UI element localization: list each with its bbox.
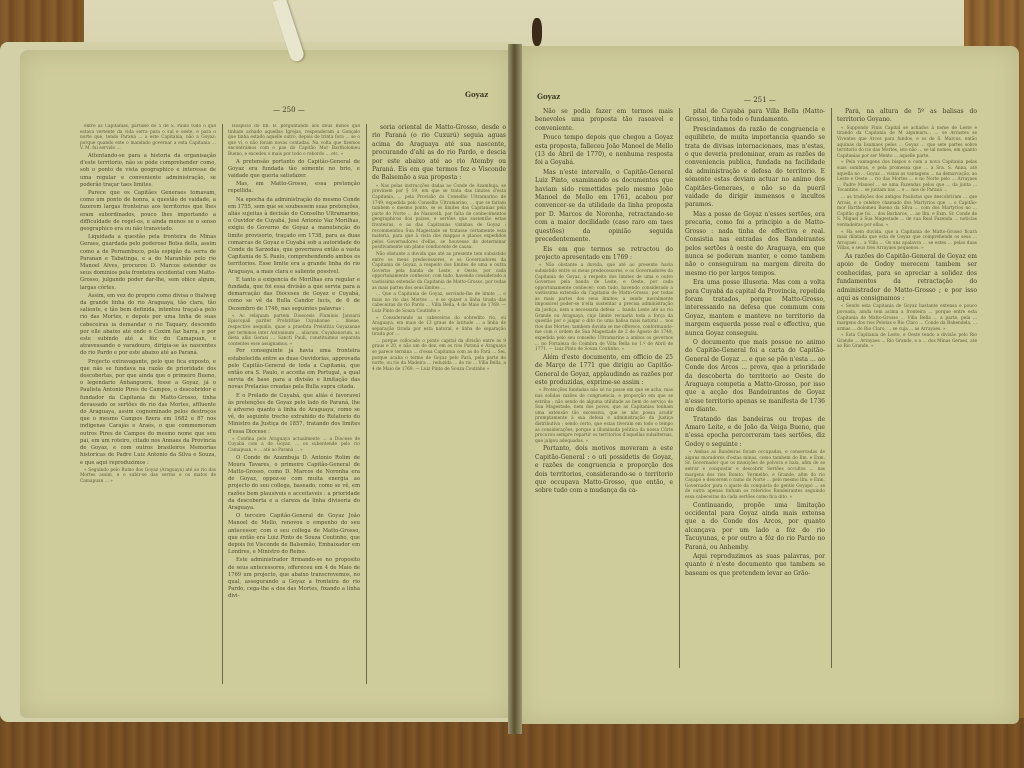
right-column-3: Pará, na altura de 5º as balisas do terr… [837,108,977,668]
quoted-passage: « Não obstante a duvida, que até ao pres… [535,263,673,353]
binding-debris [532,18,542,46]
body-paragraph: Aqui reproduzimos as suas palavras, por … [685,553,825,578]
quoted-passage: Hospicio do Ilh. B. perguntando aos dous… [228,124,360,158]
column-content: Hospicio do Ilh. B. perguntando aos dous… [228,124,360,601]
quoted-passage: « Ha sem duvida, que a Capitania de Matt… [837,230,977,252]
left-column-3: soria oriental de Matto-Grosso, desde o … [372,124,506,684]
body-paragraph: Tratando das bandeiras ou tropas de Amar… [685,416,825,450]
left-page-number: — 250 — [273,106,305,114]
column-content: Pará, na altura de 5º as balisas do terr… [837,108,977,350]
body-paragraph: Este administrador firmando-se no propos… [228,557,360,600]
right-page-number: — 251 — [744,96,776,104]
body-paragraph: Projecto extravagante, pelo que fica exp… [80,359,216,467]
body-paragraph: Assim, em vez do proprio como divisa o t… [80,293,216,358]
body-paragraph: Continuando, propõe uma limitação occide… [685,502,825,552]
body-paragraph: Além d'este documento, em officio de 25 … [535,354,673,388]
body-paragraph: Pará, na altura de 5º as balisas do terr… [837,108,977,125]
quoted-passage: « Protecções fundadas não só no posse em… [535,388,673,444]
column-divider [366,124,367,684]
body-paragraph: Parece que os Capitães Generaes tomavam,… [80,190,216,233]
column-divider [679,108,680,668]
body-paragraph: soria oriental de Matto-Grosso, desde o … [372,124,506,183]
body-paragraph: Mas, em Matto-Grosso, essa pretenção rep… [228,181,360,195]
quoted-passage: « Confina pelo Araguaya actualmente ... … [228,437,360,454]
column-divider [222,124,223,684]
quoted-passage: « Seguindo pelo Rumo dos Goyaz (Araguaya… [80,468,216,485]
body-paragraph: A pretensão portanto do Capitão-General … [228,159,360,181]
right-running-head: Goyaz [537,92,560,101]
quoted-passage: « Nas pelas instrucções dadas ao Conde d… [372,184,506,251]
left-column-2: Hospicio do Ilh. B. perguntando aos dous… [228,124,360,684]
column-divider [831,108,832,668]
body-paragraph: Liquidada a questão pela fronteira de Mi… [80,234,216,292]
quoted-passage: « Pela vantagens dos bispos e com a nova… [837,160,977,194]
body-paragraph: As razões do Capitão-General de Goyaz em… [837,253,977,303]
column-content: pital de Cuyabá para Villa Bella (Matto-… [685,108,825,578]
quoted-passage: « Ambas as Bandeiras foram occupadas, e … [685,450,825,500]
body-paragraph: O Conde de Azambuja D. Antonio Rolim de … [228,455,360,513]
body-paragraph: Era uma posse illusoria. Mas com a volta… [685,279,825,338]
left-page: — 250 — Goyaz entre as Capitanias, parti… [20,50,512,718]
column-content: Não se podia fazer em termos mais benevo… [535,108,673,496]
left-column-1: entre as Capitanias, partisse do 5 de S.… [80,124,216,684]
quoted-passage: « Ac reliquam partem Dioecesis Fluminis … [228,314,360,348]
quoted-passage: « Sendo esta Capitania de Goyaz bastante… [837,304,977,332]
body-paragraph: Por conseguinte já havia uma fronteira e… [228,348,360,391]
quoted-passage: ... Que a Capitania de Goyaz, servindo-l… [372,292,506,314]
body-paragraph: Attentando-se para a historia da organis… [80,153,216,189]
body-paragraph: Mas n'este intervallo, o Capitão-General… [535,169,673,245]
body-paragraph: Portanto, dois motivos moveram a este Ca… [535,445,673,495]
body-paragraph: O documento que mais possue no animo do … [685,339,825,415]
body-paragraph: Mas a posse de Goyaz n'esses sertões, er… [685,211,825,278]
body-paragraph: Na epocha da administração do mesmo Cond… [228,197,360,276]
left-running-head: Goyaz [465,90,488,99]
quoted-passage: « Esta Capitania de Leste, e Oeste tendo… [837,333,977,350]
body-paragraph: Eis em que termos se retractou do projec… [535,246,673,263]
quoted-passage: entre as Capitanias, partisse do 5 de S.… [80,124,216,152]
body-paragraph: E o Prelado de Cuyabá, que aliás é favor… [228,393,360,436]
quoted-passage: « Suppondo Finis Capital se achados à no… [837,126,977,160]
book-gutter [508,44,522,734]
column-content: entre as Capitanias, partisse do 5 de S.… [80,124,216,484]
body-paragraph: Não se podia fazer em termos mais benevo… [535,108,673,133]
column-content: soria oriental de Matto-Grosso, desde o … [372,124,506,372]
body-paragraph: Prescindamos da razão de congruencia e e… [685,126,825,210]
right-page: Goyaz — 251 — Não se podia fazer em term… [519,46,1019,724]
quoted-passage: « Considerando as cabeceiras do sobredit… [372,316,506,338]
quoted-passage: ... as tradições dos antigos Paulistas q… [837,195,977,229]
body-paragraph: E tanto a exigencia de Morilhas era regu… [228,277,360,313]
right-column-1: Não se podia fazer em termos mais benevo… [535,108,673,668]
body-paragraph: Pouco tempo depois que chegou a Goyaz es… [535,134,673,168]
quoted-passage: ... porque collocado o ponto capital da … [372,339,506,373]
body-paragraph: O terceiro Capitão-General de Goyaz João… [228,513,360,556]
quoted-passage: Não obstante a duvida que até ao present… [372,252,506,291]
right-column-2: pital de Cuyabá para Villa Bella (Matto-… [685,108,825,668]
body-paragraph: pital de Cuyabá para Villa Bella (Matto-… [685,108,825,125]
